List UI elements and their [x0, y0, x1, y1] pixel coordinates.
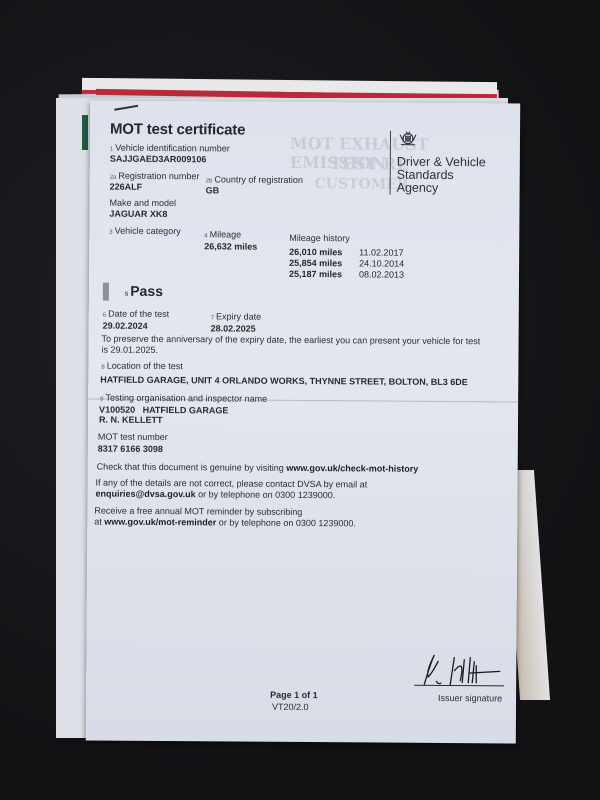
make-model-value: JAGUAR XK8 [109, 209, 167, 219]
pen-mark [114, 105, 138, 111]
result-indicator [103, 283, 109, 301]
test-date-label: 6Date of the test [103, 309, 169, 319]
page-number: Page 1 of 1 [270, 690, 318, 700]
form-code: VT20/2.0 [272, 702, 309, 712]
country-value: GB [206, 185, 220, 195]
anniversary-note: To preserve the anniversary of the expir… [101, 334, 481, 359]
registration-value: 226ALF [110, 182, 143, 192]
mileage-history-list: 26,010 miles11.02.2017 25,854 miles24.10… [289, 247, 404, 281]
dvsa-logo: Driver & Vehicle Standards Agency [390, 131, 486, 196]
expiry-date-value: 28.02.2025 [211, 323, 256, 333]
check-mot-history-link[interactable]: www.gov.uk/check-mot-history [286, 463, 418, 474]
issuer-signature-label: Issuer signature [438, 693, 502, 703]
testing-org-label: 9Testing organisation and inspector name [100, 393, 267, 404]
test-number-value: 8317 6166 3098 [98, 444, 163, 454]
expiry-date-label: 7Expiry date [211, 311, 261, 321]
green-tab [82, 115, 88, 150]
vin-label: 1Vehicle identification number [110, 143, 230, 154]
document-title: MOT test certificate [110, 121, 245, 139]
reminder-text: Receive a free annual MOT reminder by su… [94, 506, 474, 531]
mot-certificate-page: MOT EXHAUST EMISSION TEST RE CUSTOMER MO… [86, 101, 520, 744]
mileage-history-row: 26,010 miles11.02.2017 [289, 247, 404, 259]
vin-value: SAJJGAED3AR009106 [110, 154, 207, 165]
issuer-name-line: Agency [397, 182, 486, 196]
mileage-history-label: Mileage history [289, 233, 350, 243]
country-label: 2bCountry of registration [206, 174, 303, 185]
location-value: HATFIELD GARAGE, UNIT 4 ORLANDO WORKS, T… [100, 375, 468, 388]
genuine-check-text: Check that this document is genuine by v… [97, 462, 419, 475]
royal-crest-icon [397, 131, 419, 147]
dvsa-email-link[interactable]: enquiries@dvsa.gov.uk [95, 489, 195, 500]
location-label: 8Location of the test [101, 361, 182, 372]
inspector-name: R. N. KELLETT [99, 415, 163, 425]
test-number-label: MOT test number [98, 432, 168, 442]
registration-label: 2aRegistration number [110, 171, 200, 182]
contact-text: If any of the details are not correct, p… [95, 478, 475, 503]
test-result: 5Pass [125, 283, 163, 299]
vehicle-category-label: 3Vehicle category [109, 226, 180, 236]
mot-reminder-link[interactable]: www.gov.uk/mot-reminder [104, 517, 216, 528]
mileage-history-row: 25,187 miles08.02.2013 [289, 269, 404, 281]
make-model-label: Make and model [109, 198, 176, 208]
mileage-history-row: 25,854 miles24.10.2014 [289, 258, 404, 270]
test-date-value: 29.02.2024 [103, 321, 148, 331]
mileage-value: 26,632 miles [204, 241, 257, 251]
mileage-label: 4Mileage [204, 229, 241, 239]
